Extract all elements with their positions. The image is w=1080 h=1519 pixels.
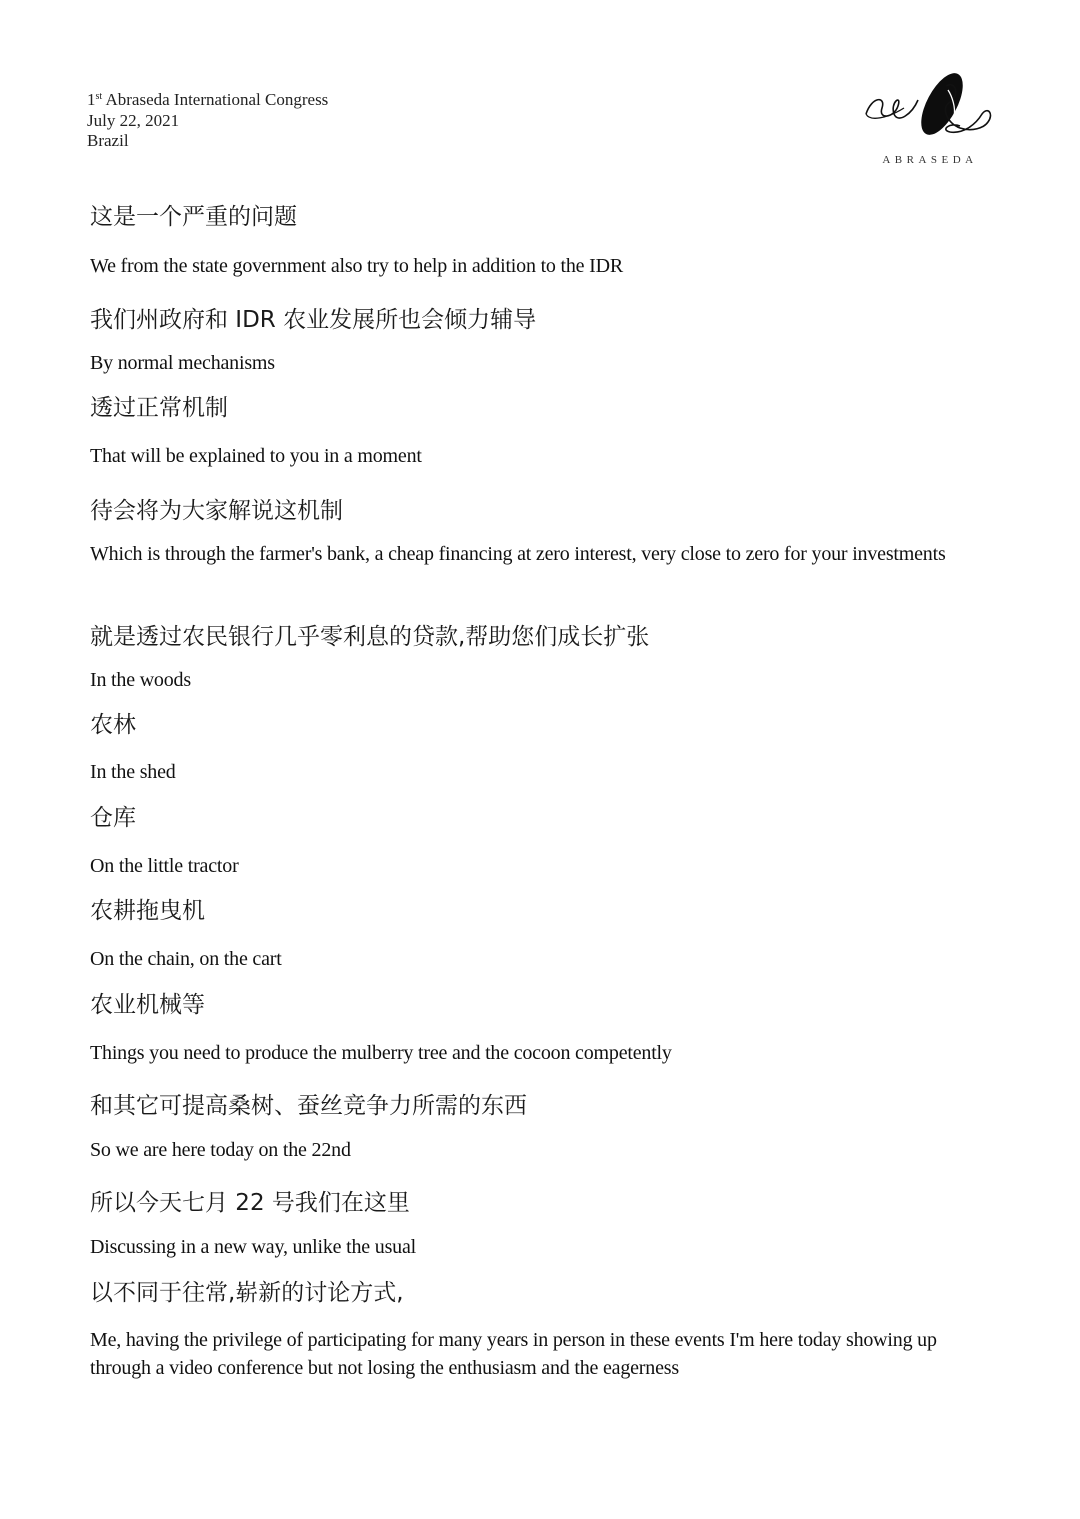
event-date: July 22, 2021 (87, 111, 328, 132)
transcript-line-zh: 农耕拖曳机 (90, 896, 205, 926)
transcript-line-zh: 农林 (90, 710, 136, 740)
document-header: 1st Abraseda International Congress July… (87, 90, 328, 152)
transcript-line-en: By normal mechanisms (90, 349, 275, 377)
transcript-line-en: We from the state government also try to… (90, 252, 623, 280)
transcript-line-zh: 以不同于往常,崭新的讨论方式, (90, 1278, 404, 1308)
transcript-line-zh: 这是一个严重的问题 (90, 202, 297, 232)
transcript-line-en: On the chain, on the cart (90, 945, 282, 973)
transcript-line-zh: 仓库 (90, 803, 136, 833)
abraseda-logo: ABRASEDA (860, 66, 1000, 176)
transcript-line-zh: 农业机械等 (90, 990, 205, 1020)
transcript-line-en: Discussing in a new way, unlike the usua… (90, 1233, 416, 1261)
transcript-line-en: On the little tractor (90, 852, 239, 880)
transcript-line-en: Which is through the farmer's bank, a ch… (90, 540, 970, 568)
transcript-line-en: Things you need to produce the mulberry … (90, 1039, 672, 1067)
transcript-line-zh: 所以今天七月 22 号我们在这里 (90, 1188, 410, 1218)
transcript-line-zh: 待会将为大家解说这机制 (90, 496, 343, 526)
transcript-line-zh: 和其它可提高桑树、蚕丝竞争力所需的东西 (90, 1091, 527, 1121)
transcript-line-en: Me, having the privilege of participatin… (90, 1326, 970, 1382)
abraseda-cocoon-logo-icon (860, 66, 1000, 148)
event-title: 1st Abraseda International Congress (87, 90, 328, 111)
transcript-line-zh: 我们州政府和 IDR 农业发展所也会倾力辅导 (90, 305, 536, 335)
logo-wordmark: ABRASEDA (860, 154, 1000, 166)
transcript-line-en: So we are here today on the 22nd (90, 1136, 351, 1164)
transcript-line-en: That will be explained to you in a momen… (90, 442, 422, 470)
transcript-line-zh: 透过正常机制 (90, 393, 228, 423)
transcript-line-en: In the woods (90, 666, 191, 694)
transcript-line-zh: 就是透过农民银行几乎零利息的贷款,帮助您们成长扩张 (90, 622, 649, 652)
transcript-line-en: In the shed (90, 758, 176, 786)
event-location: Brazil (87, 131, 328, 152)
